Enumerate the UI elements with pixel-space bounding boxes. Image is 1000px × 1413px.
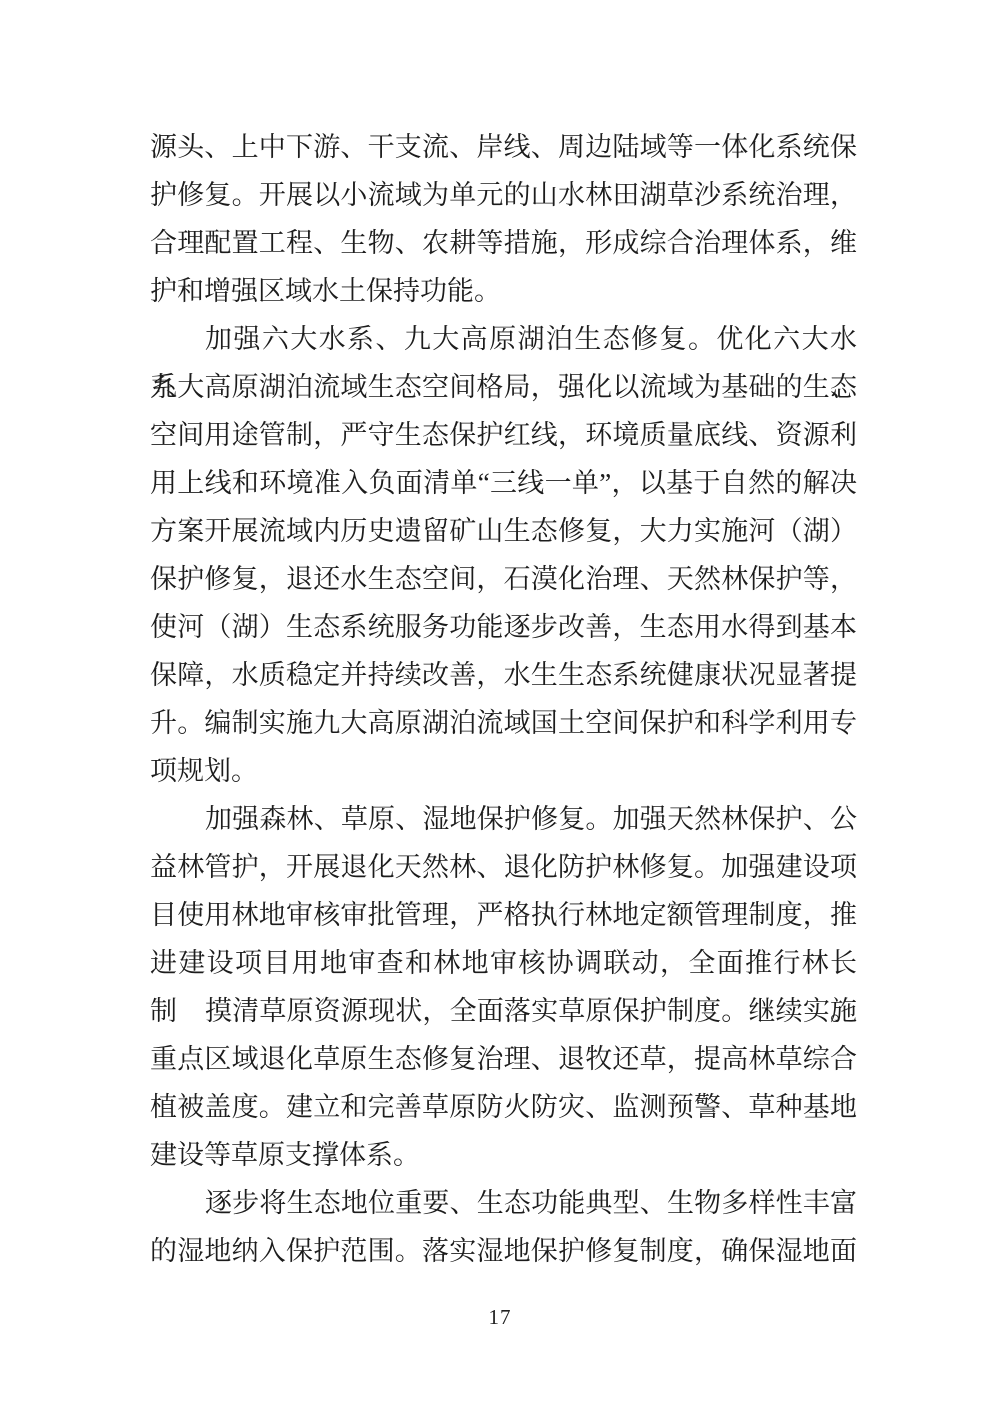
text-line: 目使用林地审核审批管理，严格执行林地定额管理制度，推 (150, 891, 857, 939)
text-line: 九大高原湖泊流域生态空间格局，强化以流域为基础的生态 (150, 363, 857, 411)
text-line: 进建设项目用地审查和林地审核协调联动，全面推行林长制。 (150, 939, 857, 987)
text-line: 建设等草原支撑体系。 (150, 1131, 857, 1179)
text-line: 方案开展流域内历史遗留矿山生态修复，大力实施河（湖） (150, 507, 857, 555)
paragraph: 逐步将生态地位重要、生态功能典型、生物多样性丰富的湿地纳入保护范围。落实湿地保护… (150, 1179, 857, 1275)
page-number: 17 (489, 1305, 512, 1329)
text-line: 保护修复，退还水生态空间，石漠化治理、天然林保护等， (150, 555, 857, 603)
page-footer: 17 (0, 1305, 1000, 1330)
text-line: 用上线和环境准入负面清单“三线一单”，以基于自然的解决 (150, 459, 857, 507)
text-line: 项规划。 (150, 747, 857, 795)
text-line: 重点区域退化草原生态修复治理、退牧还草，提高林草综合 (150, 1035, 857, 1083)
paragraph: 摸清草原资源现状，全面落实草原保护制度。继续实施重点区域退化草原生态修复治理、退… (150, 987, 857, 1179)
text-line: 加强六大水系、九大高原湖泊生态修复。优化六大水系、 (150, 315, 857, 363)
text-line: 植被盖度。建立和完善草原防火防灾、监测预警、草种基地 (150, 1083, 857, 1131)
paragraph: 加强森林、草原、湿地保护修复。加强天然林保护、公益林管护，开展退化天然林、退化防… (150, 795, 857, 987)
text-line: 护和增强区域水土保持功能。 (150, 267, 857, 315)
document-page: 源头、上中下游、干支流、岸线、周边陆域等一体化系统保护修复。开展以小流域为单元的… (0, 0, 1000, 1413)
text-line: 空间用途管制，严守生态保护红线，环境质量底线、资源利 (150, 411, 857, 459)
document-body: 源头、上中下游、干支流、岸线、周边陆域等一体化系统保护修复。开展以小流域为单元的… (150, 123, 857, 1275)
text-line: 源头、上中下游、干支流、岸线、周边陆域等一体化系统保 (150, 123, 857, 171)
text-line: 保障，水质稳定并持续改善，水生生态系统健康状况显著提 (150, 651, 857, 699)
text-line: 的湿地纳入保护范围。落实湿地保护修复制度，确保湿地面 (150, 1227, 857, 1275)
text-line: 加强森林、草原、湿地保护修复。加强天然林保护、公 (150, 795, 857, 843)
text-line: 护修复。开展以小流域为单元的山水林田湖草沙系统治理， (150, 171, 857, 219)
text-line: 逐步将生态地位重要、生态功能典型、生物多样性丰富 (150, 1179, 857, 1227)
text-line: 益林管护，开展退化天然林、退化防护林修复。加强建设项 (150, 843, 857, 891)
text-line: 使河（湖）生态系统服务功能逐步改善，生态用水得到基本 (150, 603, 857, 651)
text-line: 升。编制实施九大高原湖泊流域国土空间保护和科学利用专 (150, 699, 857, 747)
text-line: 合理配置工程、生物、农耕等措施，形成综合治理体系，维 (150, 219, 857, 267)
paragraph: 源头、上中下游、干支流、岸线、周边陆域等一体化系统保护修复。开展以小流域为单元的… (150, 123, 857, 315)
paragraph: 加强六大水系、九大高原湖泊生态修复。优化六大水系、九大高原湖泊流域生态空间格局，… (150, 315, 857, 795)
text-line: 摸清草原资源现状，全面落实草原保护制度。继续实施 (150, 987, 857, 1035)
